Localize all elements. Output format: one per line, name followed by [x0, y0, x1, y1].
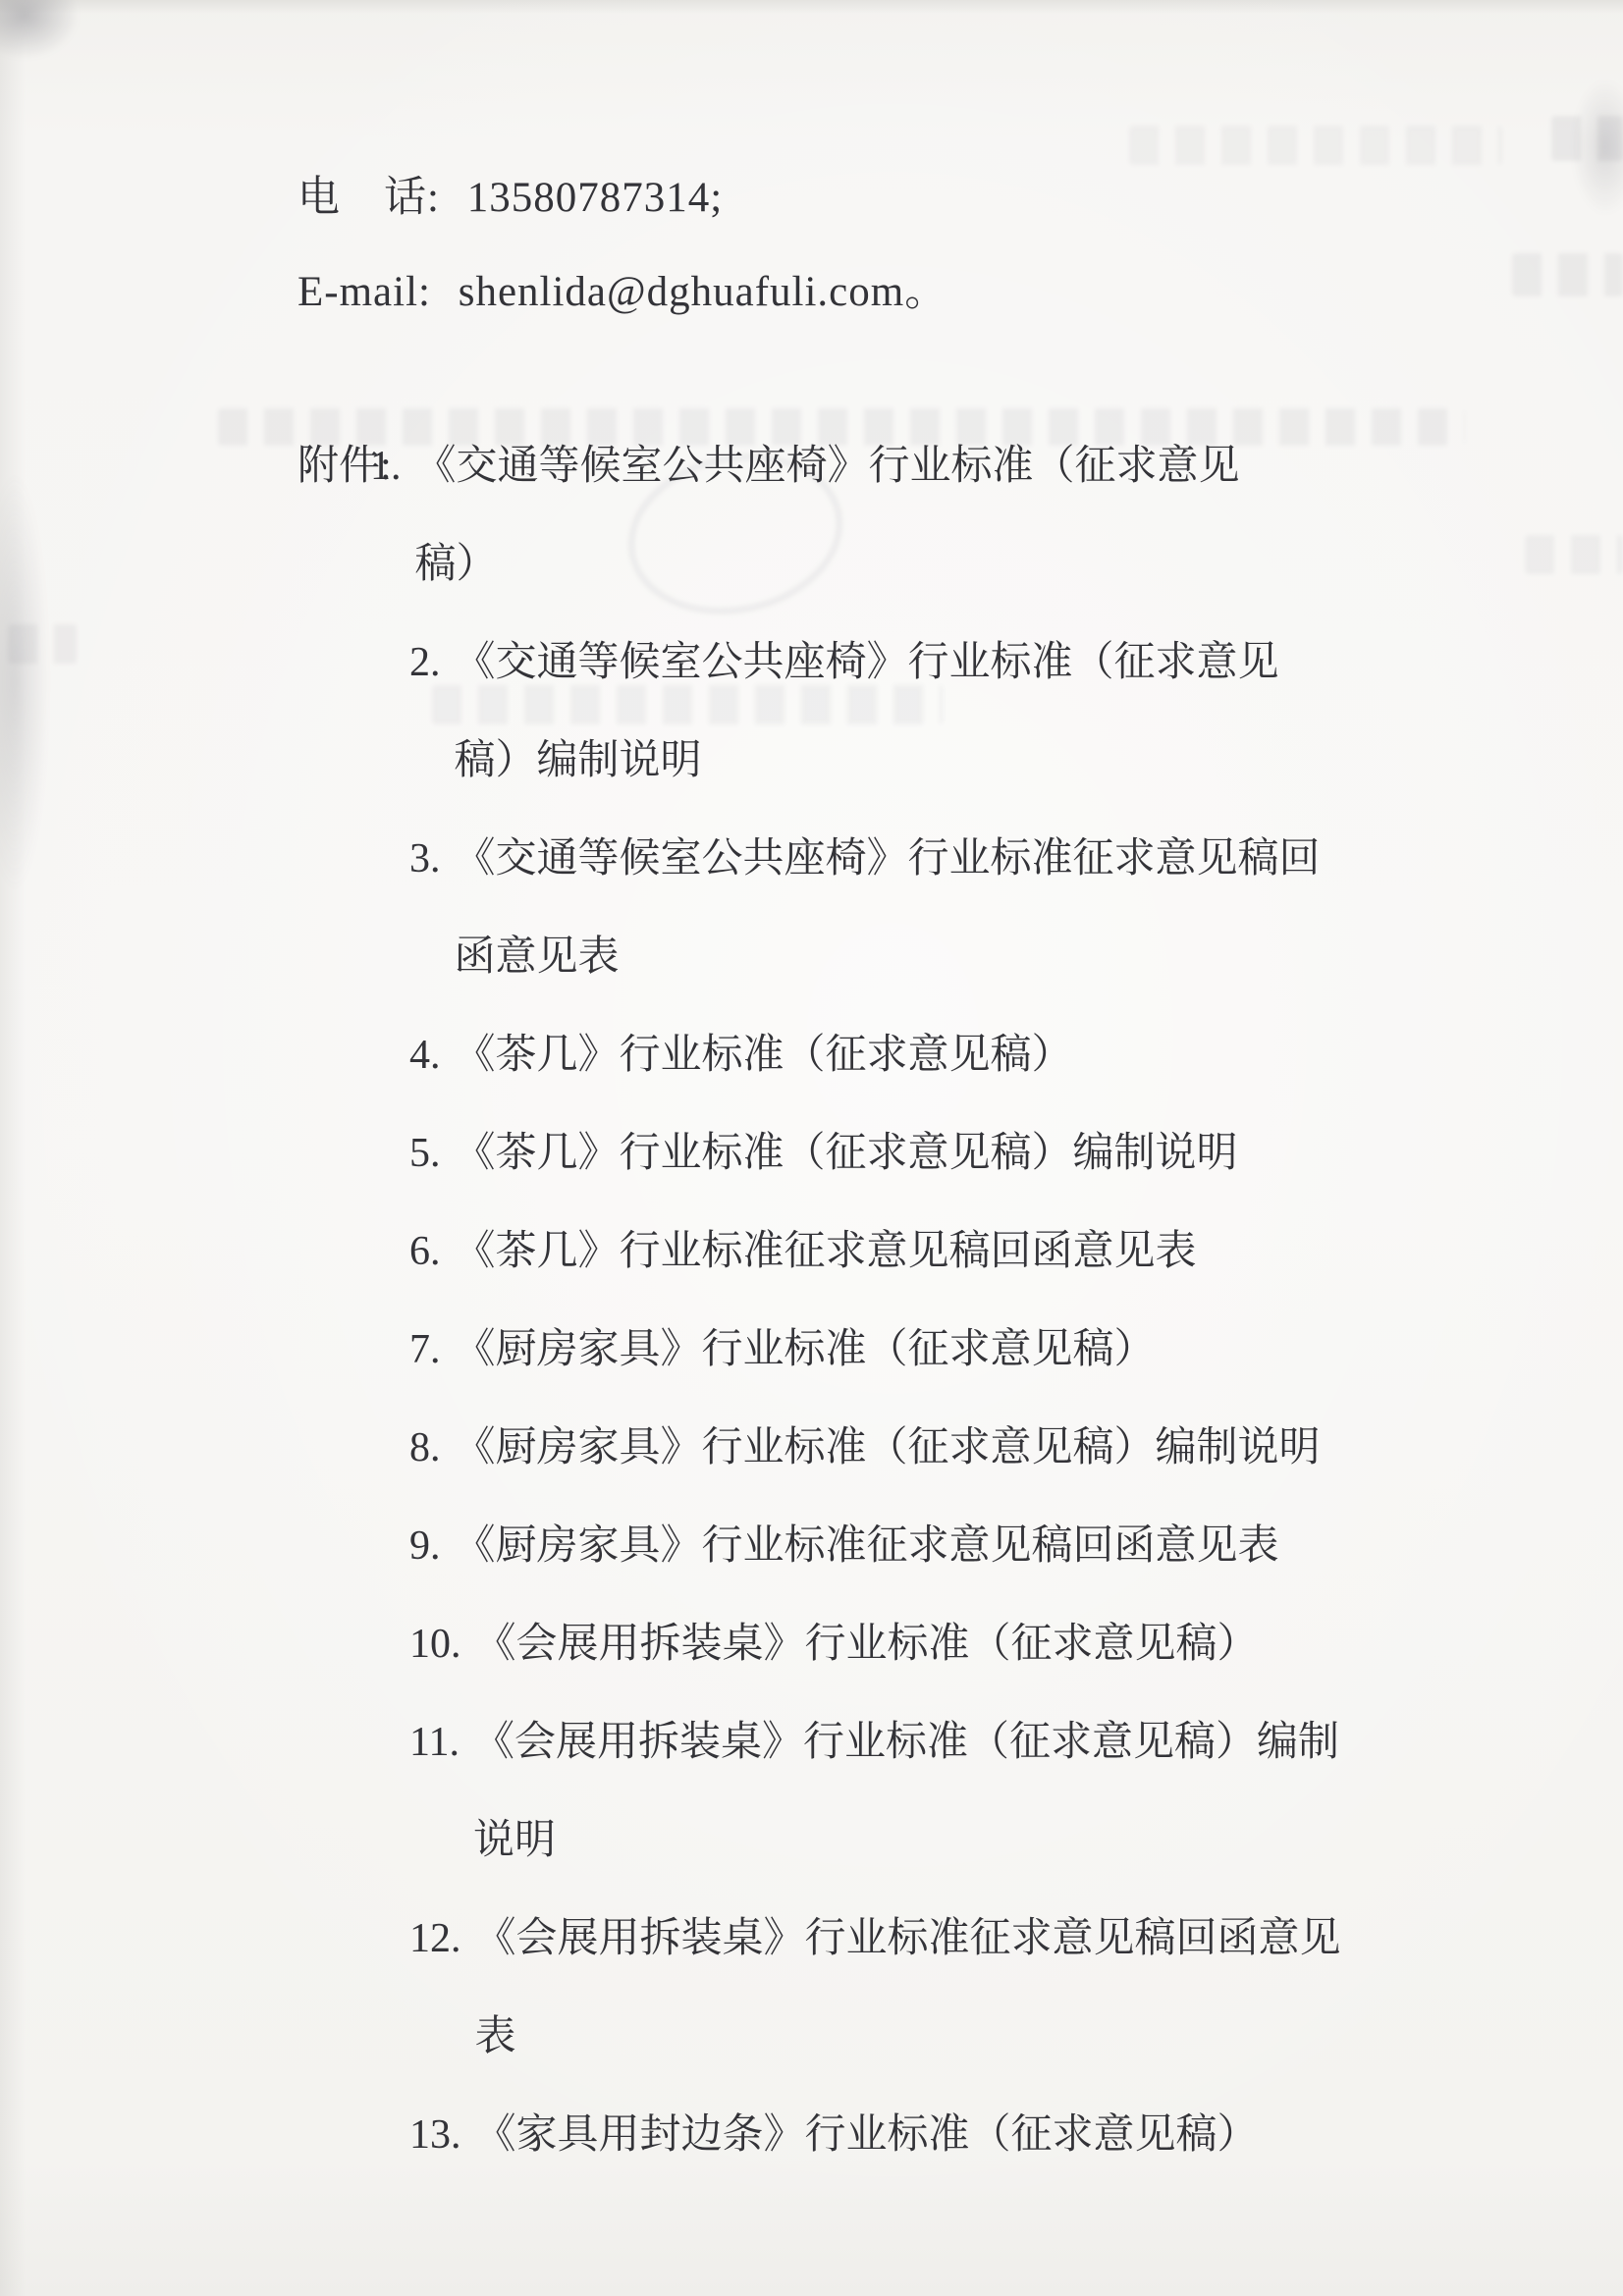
attachment-item: 12. 《会展用拆装桌》行业标准征求意见稿回函意见表: [370, 1890, 1436, 2086]
scan-margin-smudge: [1571, 79, 1623, 216]
phone-value: 13580787314;: [467, 149, 723, 247]
attachment-text: 《会展用拆装桌》行业标准征求意见稿回函意见表: [475, 1890, 1359, 2086]
scan-left-edge-shade: [0, 0, 26, 2296]
bleedthrough-row: [1129, 126, 1502, 165]
attachment-item: 11. 《会展用拆装桌》行业标准（征求意见稿）编制说明: [370, 1693, 1436, 1890]
attachment-number: 4.: [409, 1006, 441, 1104]
email-label: E-mail:: [298, 243, 431, 342]
attachment-number: 7.: [409, 1301, 441, 1399]
attachment-text: 《会展用拆装桌》行业标准（征求意见稿）: [475, 1595, 1359, 1693]
attachment-item: 10. 《会展用拆装桌》行业标准（征求意见稿）: [370, 1595, 1436, 1693]
attachment-number: 11.: [409, 1693, 460, 1791]
attachment-text: 《厨房家具》行业标准征求意见稿回函意见表: [455, 1497, 1338, 1595]
attachment-text: 《交通等候室公共座椅》行业标准征求意见稿回函意见表: [455, 810, 1338, 1006]
attachment-number: 3.: [409, 810, 441, 908]
attachment-item: 8. 《厨房家具》行业标准（征求意见稿）编制说明: [370, 1399, 1436, 1497]
attachment-item: 4. 《茶几》行业标准（征求意见稿）: [370, 1006, 1436, 1104]
bleedthrough-row: [8, 624, 77, 664]
scan-margin-smudge: [0, 471, 49, 893]
attachment-text: 《茶几》行业标准（征求意见稿）: [455, 1006, 1338, 1104]
attachment-text: 《茶几》行业标准（征求意见稿）编制说明: [455, 1104, 1338, 1202]
bleedthrough-row: [1525, 535, 1623, 574]
attachment-number: 12.: [409, 1890, 461, 1988]
attachment-number: 13.: [409, 2086, 461, 2184]
attachment-item: 6. 《茶几》行业标准征求意见稿回函意见表: [370, 1202, 1436, 1301]
bleedthrough-row: [1512, 253, 1623, 296]
email-value: shenlida@dghuafuli.com。: [459, 243, 947, 342]
phone-label: 电 话:: [298, 149, 440, 247]
attachment-item: 1. 《交通等候室公共座椅》行业标准（征求意见稿）: [370, 417, 1436, 614]
phone-line: 电 话: 13580787314;: [298, 149, 723, 247]
attachment-item: 3. 《交通等候室公共座椅》行业标准征求意见稿回函意见表: [370, 810, 1436, 1006]
attachment-item: 9. 《厨房家具》行业标准征求意见稿回函意见表: [370, 1497, 1436, 1595]
attachment-item: 13. 《家具用封边条》行业标准（征求意见稿）: [370, 2086, 1436, 2184]
attachments-list: 1. 《交通等候室公共座椅》行业标准（征求意见稿） 2. 《交通等候室公共座椅》…: [278, 417, 1436, 2184]
attachment-text: 《家具用封边条》行业标准（征求意见稿）: [475, 2086, 1359, 2184]
attachment-item: 7. 《厨房家具》行业标准（征求意见稿）: [370, 1301, 1436, 1399]
attachment-text: 《交通等候室公共座椅》行业标准（征求意见稿）编制说明: [455, 614, 1338, 810]
attachment-number: 10.: [409, 1595, 461, 1693]
scanned-document-page: { "contact": { "phone": { "label": "电 话:…: [0, 0, 1623, 2296]
attachment-text: 《会展用拆装桌》行业标准（征求意见稿）编制说明: [473, 1693, 1357, 1890]
attachment-number: 8.: [409, 1399, 441, 1497]
scan-corner-smudge: [0, 0, 79, 59]
attachment-text: 《茶几》行业标准征求意见稿回函意见表: [455, 1202, 1338, 1301]
attachment-number: 9.: [409, 1497, 441, 1595]
attachment-text: 《交通等候室公共座椅》行业标准（征求意见稿）: [415, 417, 1299, 614]
email-line: E-mail: shenlida@dghuafuli.com。: [298, 243, 947, 342]
attachment-number: 2.: [409, 614, 441, 712]
scan-top-edge-shade: [0, 0, 1623, 14]
attachment-text: 《厨房家具》行业标准（征求意见稿）编制说明: [455, 1399, 1338, 1497]
attachment-item: 5. 《茶几》行业标准（征求意见稿）编制说明: [370, 1104, 1436, 1202]
attachment-text: 《厨房家具》行业标准（征求意见稿）: [455, 1301, 1338, 1399]
attachment-item: 2. 《交通等候室公共座椅》行业标准（征求意见稿）编制说明: [370, 614, 1436, 810]
attachments-label: 附件:: [298, 417, 392, 515]
attachment-number: 6.: [409, 1202, 441, 1301]
bleedthrough-row: [1551, 116, 1623, 161]
attachment-number: 5.: [409, 1104, 441, 1202]
attachments-section: 附件: 1. 《交通等候室公共座椅》行业标准（征求意见稿） 2. 《交通等候室公…: [278, 417, 1436, 2184]
